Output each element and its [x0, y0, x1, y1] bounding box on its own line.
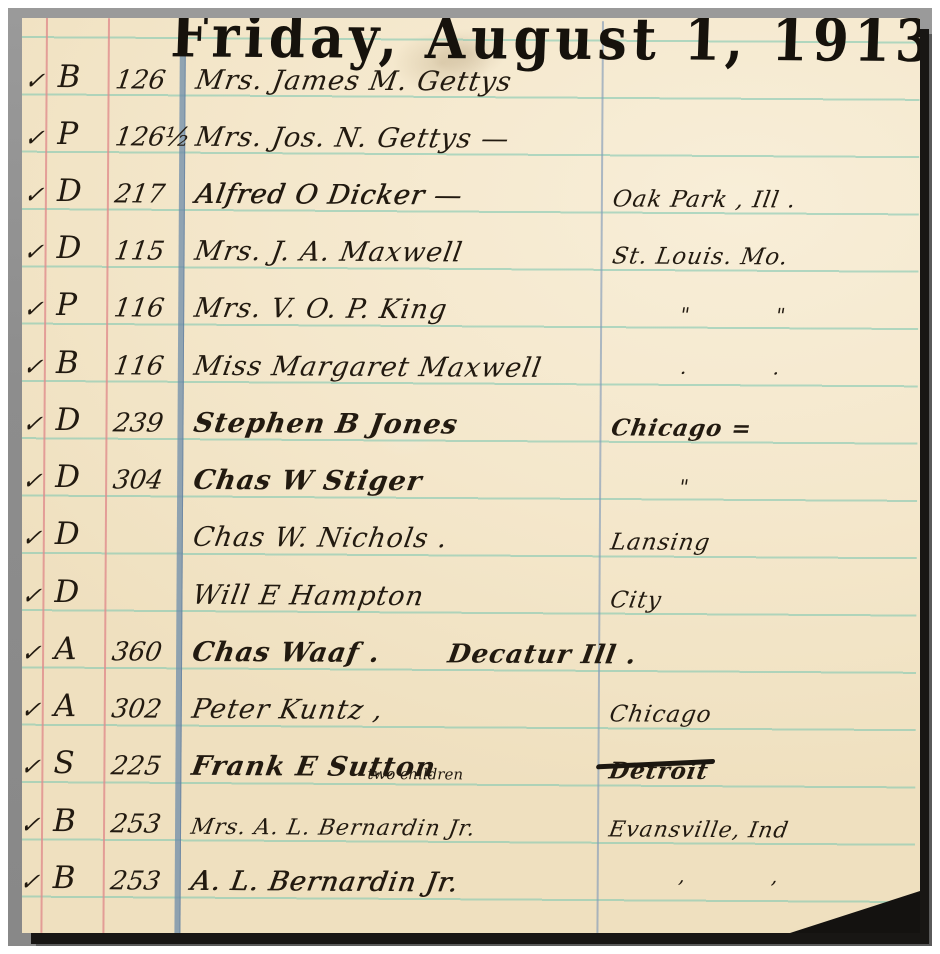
- table-row: ✓ D Will E Hampton City: [22, 553, 917, 616]
- guest-name: Mrs. Jos. N. Gettys —: [193, 122, 512, 155]
- room-number: 360: [110, 637, 164, 667]
- check-mark: ✓: [22, 181, 51, 209]
- room-letter: P: [56, 287, 77, 323]
- room-letter: A: [54, 631, 77, 667]
- scanned-register-page: Friday, August 1, 1913. ✓ B 126 Mrs. Jam…: [0, 0, 940, 954]
- guest-origin: Detroit: [607, 757, 710, 785]
- guest-name: Peter Kuntz ,: [190, 694, 386, 726]
- table-row: ✓ B 253 Mrs. A. L. Bernardin Jr. Evansvi…: [22, 782, 915, 845]
- guest-name: Chas W Stiger: [191, 465, 425, 497]
- room-letter: D: [56, 230, 81, 266]
- table-row: ✓ B 116 Miss Margaret Maxwell · ·: [22, 324, 918, 387]
- table-row: ✓ A 302 Peter Kuntz , Chicago: [22, 667, 916, 730]
- check-mark: ✓: [22, 124, 51, 152]
- guest-name: Alfred O Dicker —: [193, 179, 465, 212]
- guest-origin: Chicago: [608, 701, 714, 728]
- guest-name: Mrs. J. A. Maxwell: [192, 236, 465, 269]
- check-mark: ✓: [22, 753, 47, 781]
- room-number: 116: [112, 293, 166, 323]
- table-row: ✓ B 253 A. L. Bernardin Jr. ’ ’: [22, 839, 915, 902]
- guest-origin-ditto: · ·: [678, 361, 821, 386]
- room-letter: D: [57, 173, 82, 209]
- guest-note: two children: [367, 765, 463, 784]
- table-row: ✓ D Chas W. Nichols . Lansing: [22, 495, 917, 558]
- guest-origin: City: [608, 587, 663, 613]
- guest-origin: Oak Park , Ill .: [611, 186, 799, 213]
- guest-origin-ditto: ": [677, 475, 730, 499]
- room-letter: S: [53, 745, 74, 781]
- guest-name: Will E Hampton: [190, 580, 426, 612]
- guest-origin: Lansing: [609, 529, 713, 556]
- guest-name: A. L. Bernardin Jr.: [189, 866, 461, 899]
- table-row: ✓ D 115 Mrs. J. A. Maxwell St. Louis. Mo…: [22, 209, 919, 272]
- table-row: ✓ P 126½ Mrs. Jos. N. Gettys —: [22, 95, 920, 158]
- room-number: 302: [110, 694, 164, 724]
- check-mark: ✓: [22, 467, 49, 495]
- guest-origin-inline: Decatur Ill .: [446, 639, 639, 670]
- room-number: 126: [113, 65, 167, 95]
- check-mark: ✓: [22, 524, 49, 552]
- check-mark: ✓: [22, 868, 46, 896]
- table-row: ✓ P 116 Mrs. V. O. P. King " ": [22, 266, 918, 329]
- table-row: ✓ D 217 Alfred O Dicker — Oak Park , Ill…: [22, 152, 919, 215]
- room-letter: D: [54, 574, 79, 610]
- ledger-sheet: Friday, August 1, 1913. ✓ B 126 Mrs. Jam…: [22, 18, 920, 933]
- guest-name: Stephen B Jones: [191, 408, 460, 441]
- table-row: ✓ B 126 Mrs. James M. Gettys: [22, 38, 920, 101]
- check-mark: ✓: [22, 353, 50, 381]
- guest-name: Chas Waaf .: [190, 637, 383, 669]
- room-letter: A: [54, 688, 77, 724]
- room-letter: B: [53, 860, 76, 896]
- guest-name: Mrs. James M. Gettys: [194, 65, 515, 98]
- check-mark: ✓: [22, 696, 48, 724]
- check-mark: ✓: [22, 410, 49, 438]
- check-mark: ✓: [22, 295, 50, 323]
- room-letter: D: [55, 516, 80, 552]
- room-letter: B: [58, 59, 81, 95]
- check-mark: ✓: [22, 811, 47, 839]
- table-row: ✓ D 304 Chas W Stiger ": [22, 438, 917, 501]
- room-number: 239: [111, 408, 165, 438]
- room-number: 304: [111, 465, 165, 495]
- check-mark: ✓: [22, 238, 50, 266]
- guest-name: Mrs. A. L. Bernardin Jr.: [189, 815, 478, 842]
- check-mark: ✓: [22, 67, 51, 95]
- room-letter: D: [55, 402, 80, 438]
- room-letter: D: [55, 459, 80, 495]
- guest-origin-ditto: " ": [678, 303, 827, 328]
- room-number: 217: [113, 179, 167, 209]
- room-number: 115: [112, 236, 166, 266]
- room-letter: P: [57, 116, 78, 152]
- guest-origin: Chicago =: [609, 414, 754, 442]
- guest-origin: St. Louis. Mo.: [610, 243, 790, 270]
- guest-name: Miss Margaret Maxwell: [192, 351, 544, 384]
- room-number: 253: [109, 809, 163, 839]
- room-letter: B: [56, 345, 79, 381]
- room-number: 116: [112, 351, 166, 381]
- scanner-matte: Friday, August 1, 1913. ✓ B 126 Mrs. Jam…: [8, 8, 932, 946]
- check-mark: ✓: [22, 582, 48, 610]
- room-number: 225: [109, 751, 163, 781]
- guest-name: Chas W. Nichols .: [191, 522, 451, 555]
- room-number: 126½: [113, 122, 192, 152]
- check-mark: ✓: [22, 639, 48, 667]
- guest-origin: Evansville, Ind: [607, 817, 791, 843]
- page-corner-shadow: [790, 891, 920, 933]
- room-letter: B: [53, 803, 76, 839]
- guest-name: Mrs. V. O. P. King: [192, 293, 450, 326]
- room-number: 253: [109, 866, 163, 896]
- table-row: ✓ D 239 Stephen B Jones Chicago =: [22, 381, 918, 444]
- ledger-paper: Friday, August 1, 1913. ✓ B 126 Mrs. Jam…: [22, 18, 920, 933]
- table-row: ✓ A 360 Chas Waaf . Decatur Ill .: [22, 610, 916, 673]
- table-row: ✓ S 225 Frank E Sutton two children Detr…: [22, 724, 916, 787]
